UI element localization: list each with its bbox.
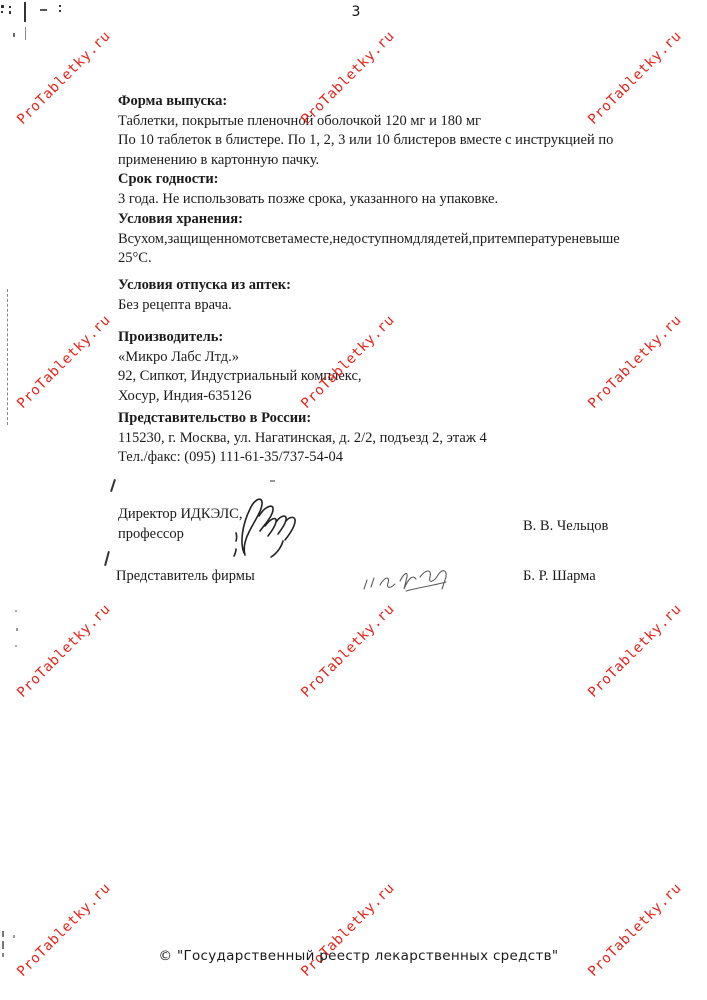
scan-artifact [13,33,15,37]
scan-artifact [59,10,61,12]
watermark: ProTabletky.ru [14,601,114,701]
scan-artifact [15,610,17,612]
scan-artifact [270,480,275,482]
director-role-line: Директор ИДКЭЛС, [118,505,242,525]
scan-artifact [59,5,61,7]
scan-artifact [2,941,4,949]
watermark: ProTabletky.ru [14,312,114,412]
representative-signature-image [358,564,476,598]
footer-copyright: © "Государственный реестр лекарственных … [0,948,707,964]
representative-role: Представитель фирмы [116,567,255,587]
watermark: ProTabletky.ru [585,880,685,980]
scan-artifact [13,935,15,938]
watermark: ProTabletky.ru [14,28,114,128]
shelf-life-line: 3 года. Не использовать позже срока, ука… [118,190,620,210]
scan-artifact [16,628,18,631]
dispensing-heading: Условия отпуска из аптек: [118,276,620,296]
manufacturer-line: 92, Сипкот, Индустриальный комплекс, [118,367,620,387]
representative-office-heading: Представительство в России: [118,409,620,429]
scan-artifact [2,931,4,937]
scan-artifact [7,289,8,425]
scan-artifact [15,645,17,647]
form-heading: Форма выпуска: [118,92,620,112]
watermark: ProTabletky.ru [298,880,398,980]
representative-office-line: 115230, г. Москва, ул. Нагатинская, д. 2… [118,429,620,449]
scan-artifact [2,953,4,957]
scan-artifact [1,11,3,13]
section-storage: Условия хранения: В сухом, защищенном от… [118,210,620,269]
section-form-and-shelf-life: Форма выпуска: Таблетки, покрытые пленоч… [118,92,620,210]
scan-artifact [25,27,26,40]
section-representative-office: Представительство в России: 115230, г. М… [118,409,620,468]
scan-artifact [1,5,4,8]
manufacturer-line: Хосур, Индия-635126 [118,387,620,407]
representative-office-line: Тел./факс: (095) 111-61-35/737-54-04 [118,448,620,468]
scan-artifact [9,11,11,14]
scan-artifact [24,2,26,22]
storage-line: 25°С. [118,249,620,269]
director-name: В. В. Чельцов [523,517,608,537]
scan-artifact [110,479,116,492]
form-line: Таблетки, покрытые пленочной оболочкой 1… [118,112,620,132]
watermark: ProTabletky.ru [585,601,685,701]
section-dispensing: Условия отпуска из аптек: Без рецепта вр… [118,276,620,315]
watermark: ProTabletky.ru [14,880,114,980]
storage-heading: Условия хранения: [118,210,620,230]
watermark: ProTabletky.ru [585,28,685,128]
director-signature-image [228,491,308,559]
representative-name: Б. Р. Шарма [523,567,596,587]
watermark: ProTabletky.ru [298,601,398,701]
dispensing-line: Без рецепта врача. [118,296,620,316]
director-role: Директор ИДКЭЛС, профессор [118,505,242,544]
shelf-life-heading: Срок годности: [118,170,620,190]
scanned-document-page: ProTabletky.ru ProTabletky.ru ProTabletk… [0,0,707,1000]
page-number: 3 [340,4,372,20]
scan-artifact [40,9,47,11]
scan-artifact [9,6,11,8]
form-line: По 10 таблеток в блистере. По 1, 2, 3 ил… [118,131,620,151]
scan-artifact [104,551,110,566]
storage-line: В сухом, защищенном от света месте, недо… [118,230,620,250]
director-role-line: профессор [118,525,242,545]
form-line: применению в картонную пачку. [118,151,620,171]
